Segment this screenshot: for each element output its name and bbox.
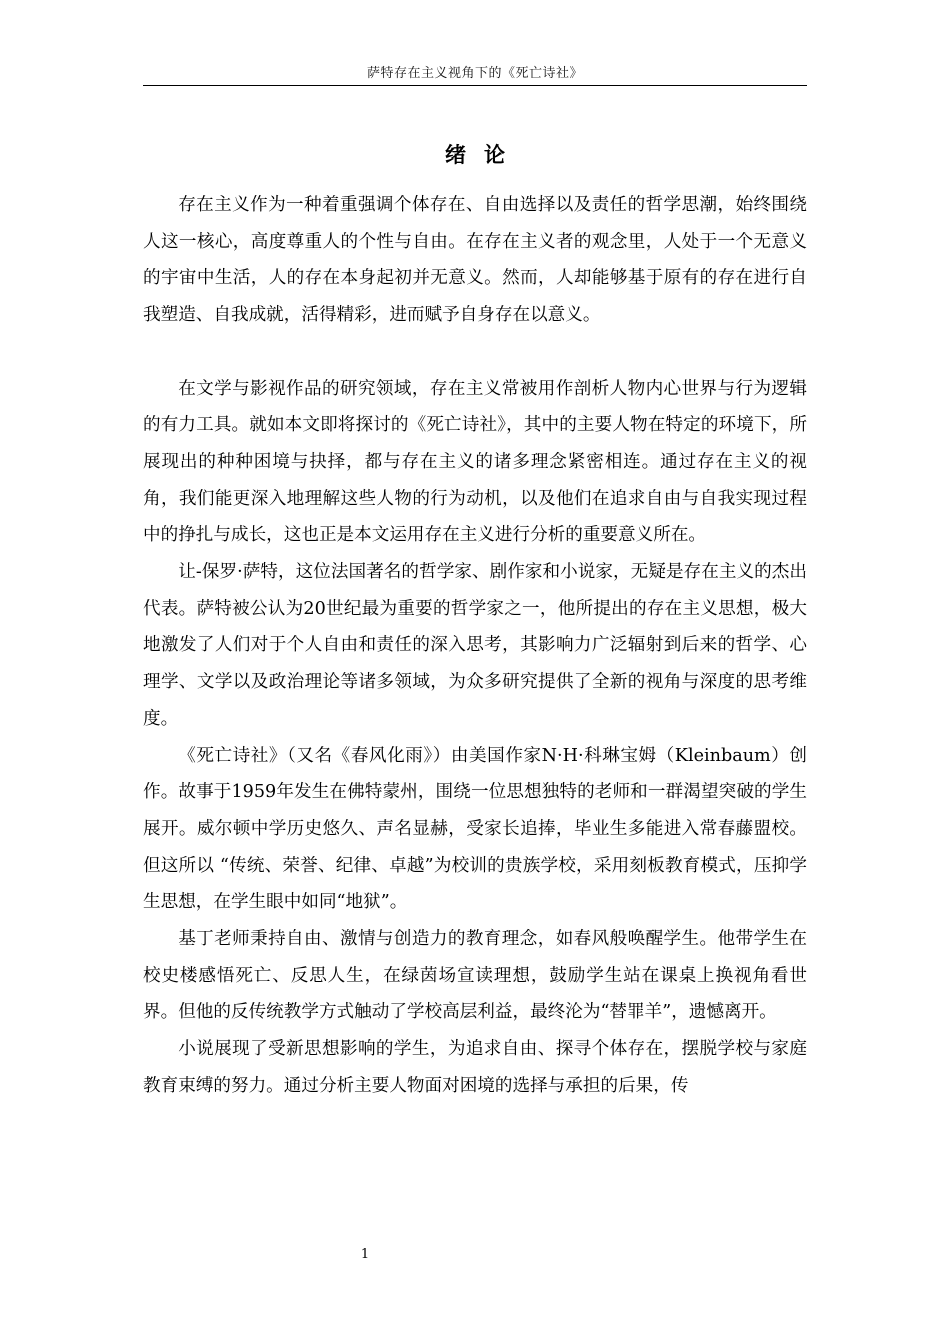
running-header: 萨特存在主义视角下的《死亡诗社》 [143, 64, 807, 84]
paragraph-5: 基丁老师秉持自由、激情与创造力的教育理念，如春风般唤醒学生。他带学生在校史楼感悟… [143, 921, 807, 1031]
body-text: 存在主义作为一种着重强调个体存在、自由选择以及责任的哲学思潮，始终围绕人这一核心… [143, 187, 807, 1105]
paragraph-6: 小说展现了受新思想影响的学生，为追求自由、探寻个体存在，摆脱学校与家庭教育束缚的… [143, 1031, 807, 1104]
paragraph-1: 存在主义作为一种着重强调个体存在、自由选择以及责任的哲学思潮，始终围绕人这一核心… [143, 187, 807, 334]
section-title: 绪论 [143, 140, 807, 170]
paragraph-3: 让-保罗·萨特，这位法国著名的哲学家、剧作家和小说家，无疑是存在主义的杰出代表。… [143, 554, 807, 738]
paragraph-4: 《死亡诗社》（又名《春风化雨》）由美国作家N·H·科琳宝姆（Kleinbaum）… [143, 738, 807, 922]
page-number: 1 [340, 1245, 390, 1265]
header-rule [143, 85, 807, 86]
paragraph-2: 在文学与影视作品的研究领域，存在主义常被用作剖析人物内心世界与行为逻辑的有力工具… [143, 371, 807, 555]
